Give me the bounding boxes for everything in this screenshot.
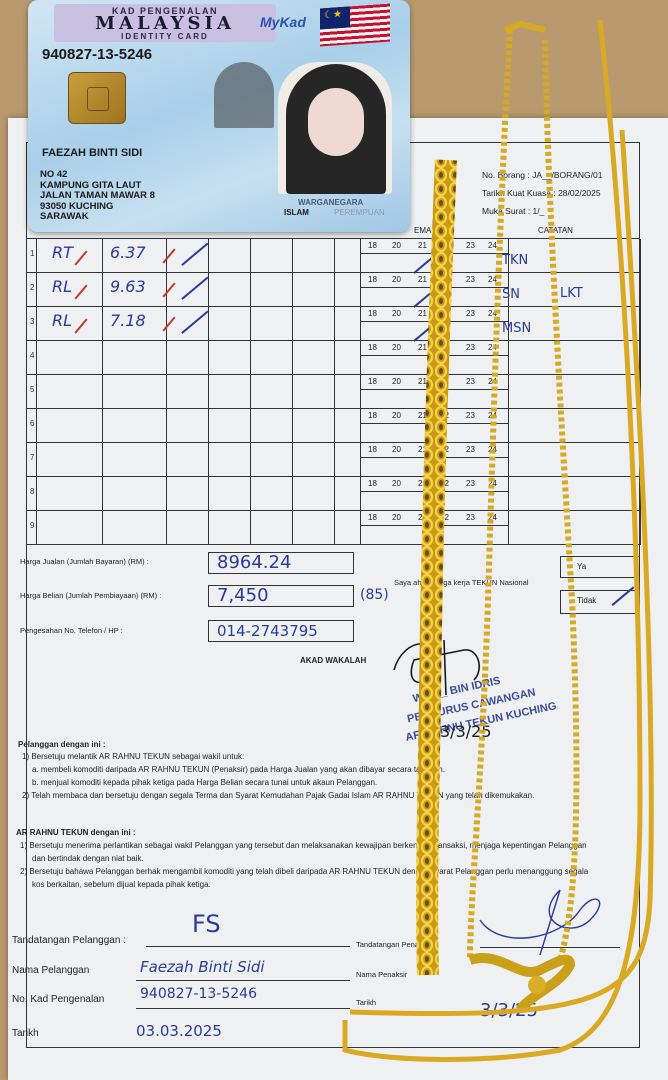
gold-jewellery: [0, 0, 668, 1080]
curb-bracelet: [427, 160, 446, 975]
